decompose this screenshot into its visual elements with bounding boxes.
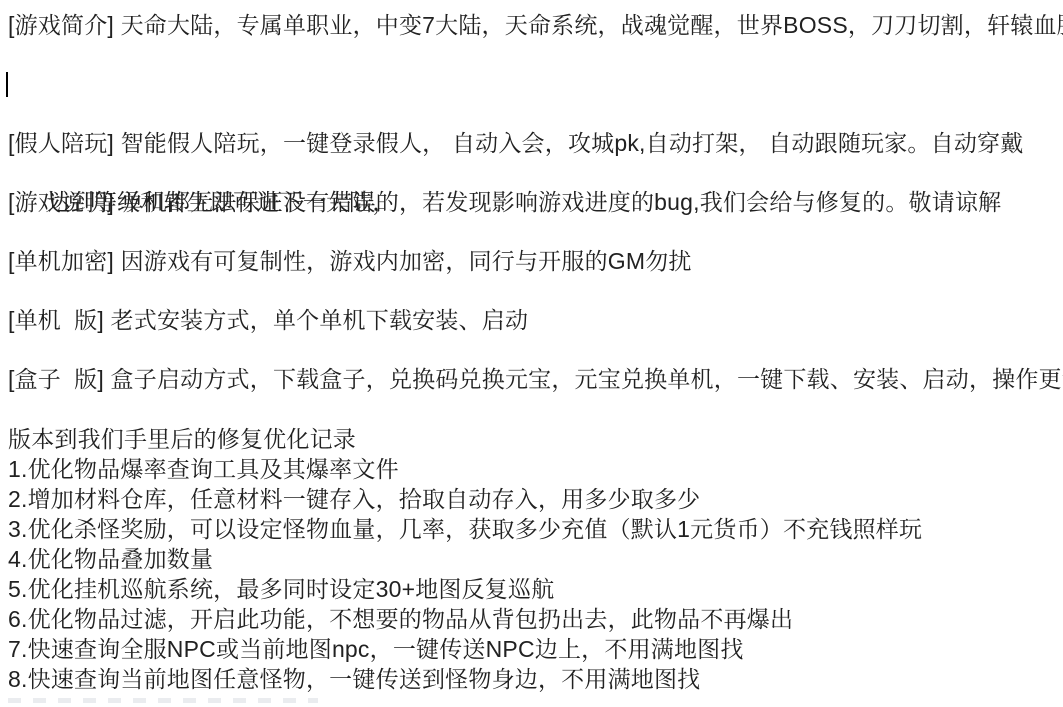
intro-line-bot-companion: [假人陪玩] 智能假人陪玩，一键登录假人， 自动入会，攻城pk,自动打架， 自动… bbox=[0, 114, 1063, 173]
changelog-item-8: 8.快速查询当前地图任意怪物，一键传送到怪物身边，不用满地图找 bbox=[0, 664, 1063, 694]
changelog-item-7: 7.快速查询全服NPC或当前地图npc，一键传送NPC边上，不用满地图找 bbox=[0, 634, 1063, 664]
changelog-item-2: 2.增加材料仓库，任意材料一键存入，拾取自动存入，用多少取多少 bbox=[0, 484, 1063, 514]
text-cursor-caret bbox=[6, 72, 8, 97]
changelog-heading: 版本到我们手里后的修复优化记录 bbox=[0, 424, 1063, 454]
intro-line-standalone-version: [单机 版] 老式安装方式，单个单机下载安装、启动 bbox=[0, 291, 1063, 350]
intro-line-game-notes: [游戏说明] 单机都无法保证没有错误的，若发现影响游戏进度的bug,我们会给与修… bbox=[0, 173, 1063, 232]
changelog-item-6: 6.优化物品过滤，开启此功能，不想要的物品从背包扔出去，此物品不再爆出 bbox=[0, 604, 1063, 634]
intro-section: [游戏简介] 天命大陆，专属单职业，中变7大陆，天命系统，战魂觉醒，世界BOSS… bbox=[0, 0, 1063, 409]
changelog-section: 版本到我们手里后的修复优化记录 1.优化物品爆率查询工具及其爆率文件 2.增加材… bbox=[0, 424, 1063, 694]
document-edit-area[interactable]: [游戏简介] 天命大陆，专属单职业，中变7大陆，天命系统，战魂觉醒，世界BOSS… bbox=[0, 0, 1063, 703]
intro-line-game-summary-wrap: 达到等级和转生即可进下一大陆， bbox=[0, 55, 1063, 114]
changelog-item-5: 5.优化挂机巡航系统，最多同时设定30+地图反复巡航 bbox=[0, 574, 1063, 604]
changelog-item-4: 4.优化物品叠加数量 bbox=[0, 544, 1063, 574]
changelog-item-3: 3.优化杀怪奖励，可以设定怪物血量，几率，获取多少充值（默认1元货币）不充钱照样… bbox=[0, 514, 1063, 544]
changelog-item-1: 1.优化物品爆率查询工具及其爆率文件 bbox=[0, 454, 1063, 484]
intro-line-game-summary: [游戏简介] 天命大陆，专属单职业，中变7大陆，天命系统，战魂觉醒，世界BOSS… bbox=[0, 0, 1063, 55]
intro-line-encryption: [单机加密] 因游戏有可复制性，游戏内加密，同行与开服的GM勿扰 bbox=[0, 232, 1063, 291]
clipped-next-line-fragment bbox=[8, 698, 318, 703]
intro-line-box-version: [盒子 版] 盒子启动方式，下载盒子，兑换码兑换元宝，元宝兑换单机，一键下载、安… bbox=[0, 350, 1063, 409]
